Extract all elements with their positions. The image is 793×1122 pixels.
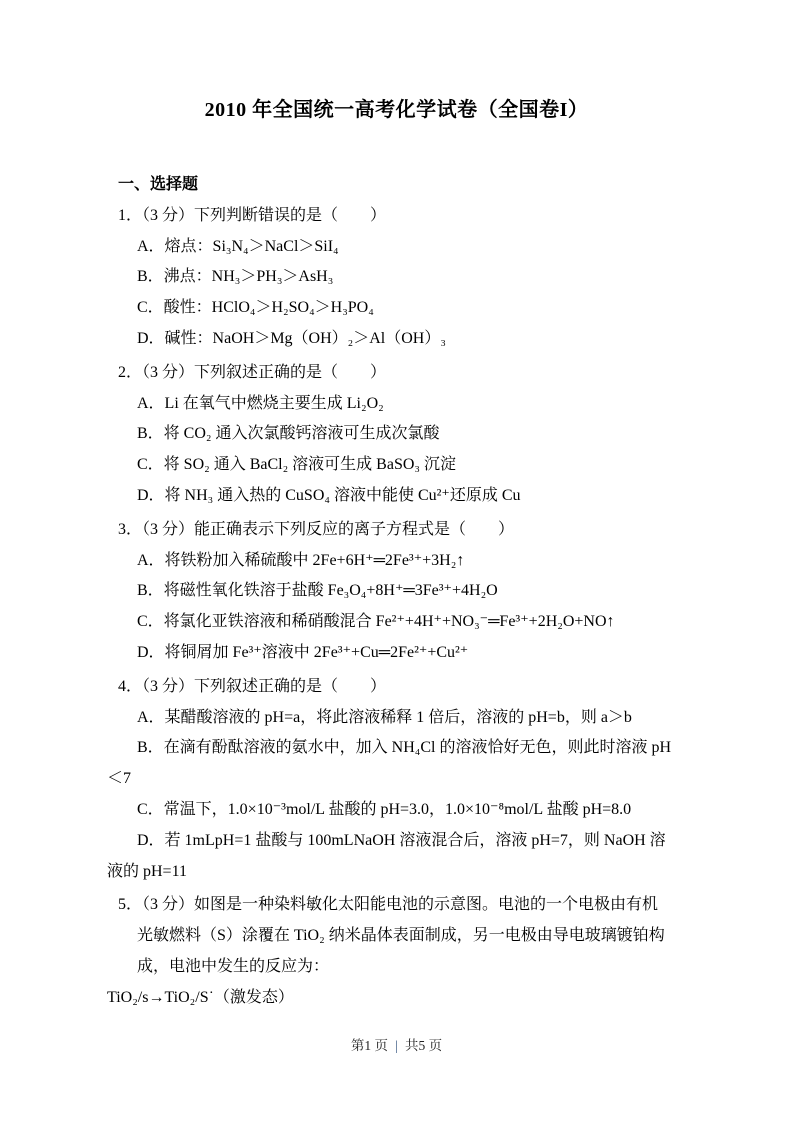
question-2-option-c: C．将 SO₂ 通入 BaCl₂ 溶液可生成 BaSO₃ 沉淀 [107, 450, 703, 481]
question-4-stem: 4．（3 分）下列叙述正确的是（ ） [107, 672, 703, 703]
page-footer: 第1 页|共5 页 [0, 1036, 793, 1056]
footer-separator: | [388, 1038, 405, 1053]
footer-total-pages: 共5 页 [405, 1038, 442, 1053]
exam-paper-page: 2010 年全国统一高考化学试卷（全国卷I） 一、选择题 1．（3 分）下列判断… [0, 0, 793, 1122]
question-1-option-c: C．酸性：HClO₄＞H₂SO₄＞H₃PO₄ [107, 293, 703, 324]
question-1-option-d: D．碱性：NaOH＞Mg（OH）₂＞Al（OH）₃ [107, 324, 703, 355]
question-1-option-b: B．沸点：NH₃＞PH₃＞AsH₃ [107, 262, 703, 293]
section-heading: 一、选择题 [107, 170, 703, 201]
question-4-option-b-wrap: ＜7 [107, 764, 703, 795]
question-4-option-c: C．常温下，1.0×10⁻³mol/L 盐酸的 pH=3.0，1.0×10⁻⁸m… [107, 795, 703, 826]
question-2-stem: 2．（3 分）下列叙述正确的是（ ） [107, 358, 703, 389]
question-1: 1．（3 分）下列判断错误的是（ ） A．熔点：Si₃N₄＞NaCl＞SiI₄ … [107, 201, 703, 355]
question-5-stem-line-2: 光敏燃料（S）涂覆在 TiO₂ 纳米晶体表面制成，另一电极由导电玻璃镀铂构 [107, 921, 703, 952]
question-3-option-d: D．将铜屑加 Fe³⁺溶液中 2Fe³⁺+Cu═2Fe²⁺+Cu²⁺ [107, 638, 703, 669]
exam-content: 一、选择题 1．（3 分）下列判断错误的是（ ） A．熔点：Si₃N₄＞NaCl… [107, 170, 703, 1014]
question-5: 5．（3 分）如图是一种染料敏化太阳能电池的示意图。电池的一个电极由有机 光敏燃… [107, 890, 703, 1013]
question-2: 2．（3 分）下列叙述正确的是（ ） A．Li 在氧气中燃烧主要生成 Li₂O₂… [107, 358, 703, 512]
question-1-option-a: A．熔点：Si₃N₄＞NaCl＞SiI₄ [107, 232, 703, 263]
question-3-option-c: C．将氯化亚铁溶液和稀硝酸混合 Fe²⁺+4H⁺+NO₃⁻═Fe³⁺+2H₂O+… [107, 607, 703, 638]
question-1-stem: 1．（3 分）下列判断错误的是（ ） [107, 201, 703, 232]
question-3-option-b: B．将磁性氧化铁溶于盐酸 Fe₃O₄+8H⁺═3Fe³⁺+4H₂O [107, 576, 703, 607]
question-2-option-a: A．Li 在氧气中燃烧主要生成 Li₂O₂ [107, 389, 703, 420]
question-3-option-a: A．将铁粉加入稀硫酸中 2Fe+6H⁺═2Fe³⁺+3H₂↑ [107, 546, 703, 577]
page-title: 2010 年全国统一高考化学试卷（全国卷I） [0, 0, 793, 124]
question-3: 3．（3 分）能正确表示下列反应的离子方程式是（ ） A．将铁粉加入稀硫酸中 2… [107, 515, 703, 669]
question-4-option-a: A．某醋酸溶液的 pH=a，将此溶液稀释 1 倍后，溶液的 pH=b，则 a＞b [107, 703, 703, 734]
question-3-stem: 3．（3 分）能正确表示下列反应的离子方程式是（ ） [107, 515, 703, 546]
question-5-stem-line-3: 成，电池中发生的反应为： [107, 952, 703, 983]
question-4: 4．（3 分）下列叙述正确的是（ ） A．某醋酸溶液的 pH=a，将此溶液稀释 … [107, 672, 703, 888]
question-5-equation: TiO₂/s→TiO₂/S˙（激发态） [107, 983, 703, 1014]
question-4-option-d-wrap: 液的 pH=11 [107, 857, 703, 888]
question-2-option-b: B．将 CO₂ 通入次氯酸钙溶液可生成次氯酸 [107, 419, 703, 450]
footer-current-page: 第1 页 [351, 1038, 388, 1053]
question-4-option-b: B．在滴有酚酞溶液的氨水中，加入 NH₄Cl 的溶液恰好无色，则此时溶液 pH [107, 733, 703, 764]
question-2-option-d: D．将 NH₃ 通入热的 CuSO₄ 溶液中能使 Cu²⁺还原成 Cu [107, 481, 703, 512]
question-5-stem-line-1: 5．（3 分）如图是一种染料敏化太阳能电池的示意图。电池的一个电极由有机 [107, 890, 703, 921]
question-4-option-d: D．若 1mLpH=1 盐酸与 100mLNaOH 溶液混合后，溶液 pH=7，… [107, 826, 703, 857]
